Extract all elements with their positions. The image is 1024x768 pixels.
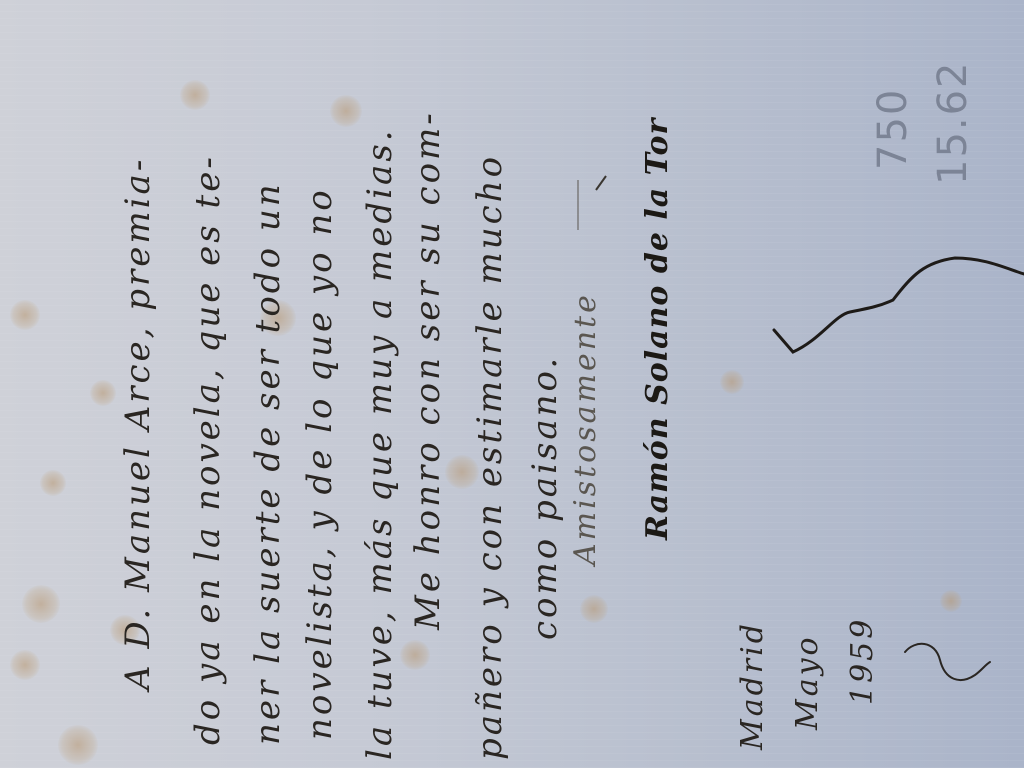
letter-page: A D. Manuel Arce, premia- do ya en la no… [0,0,1024,768]
ink-flourish-line [0,0,1024,768]
